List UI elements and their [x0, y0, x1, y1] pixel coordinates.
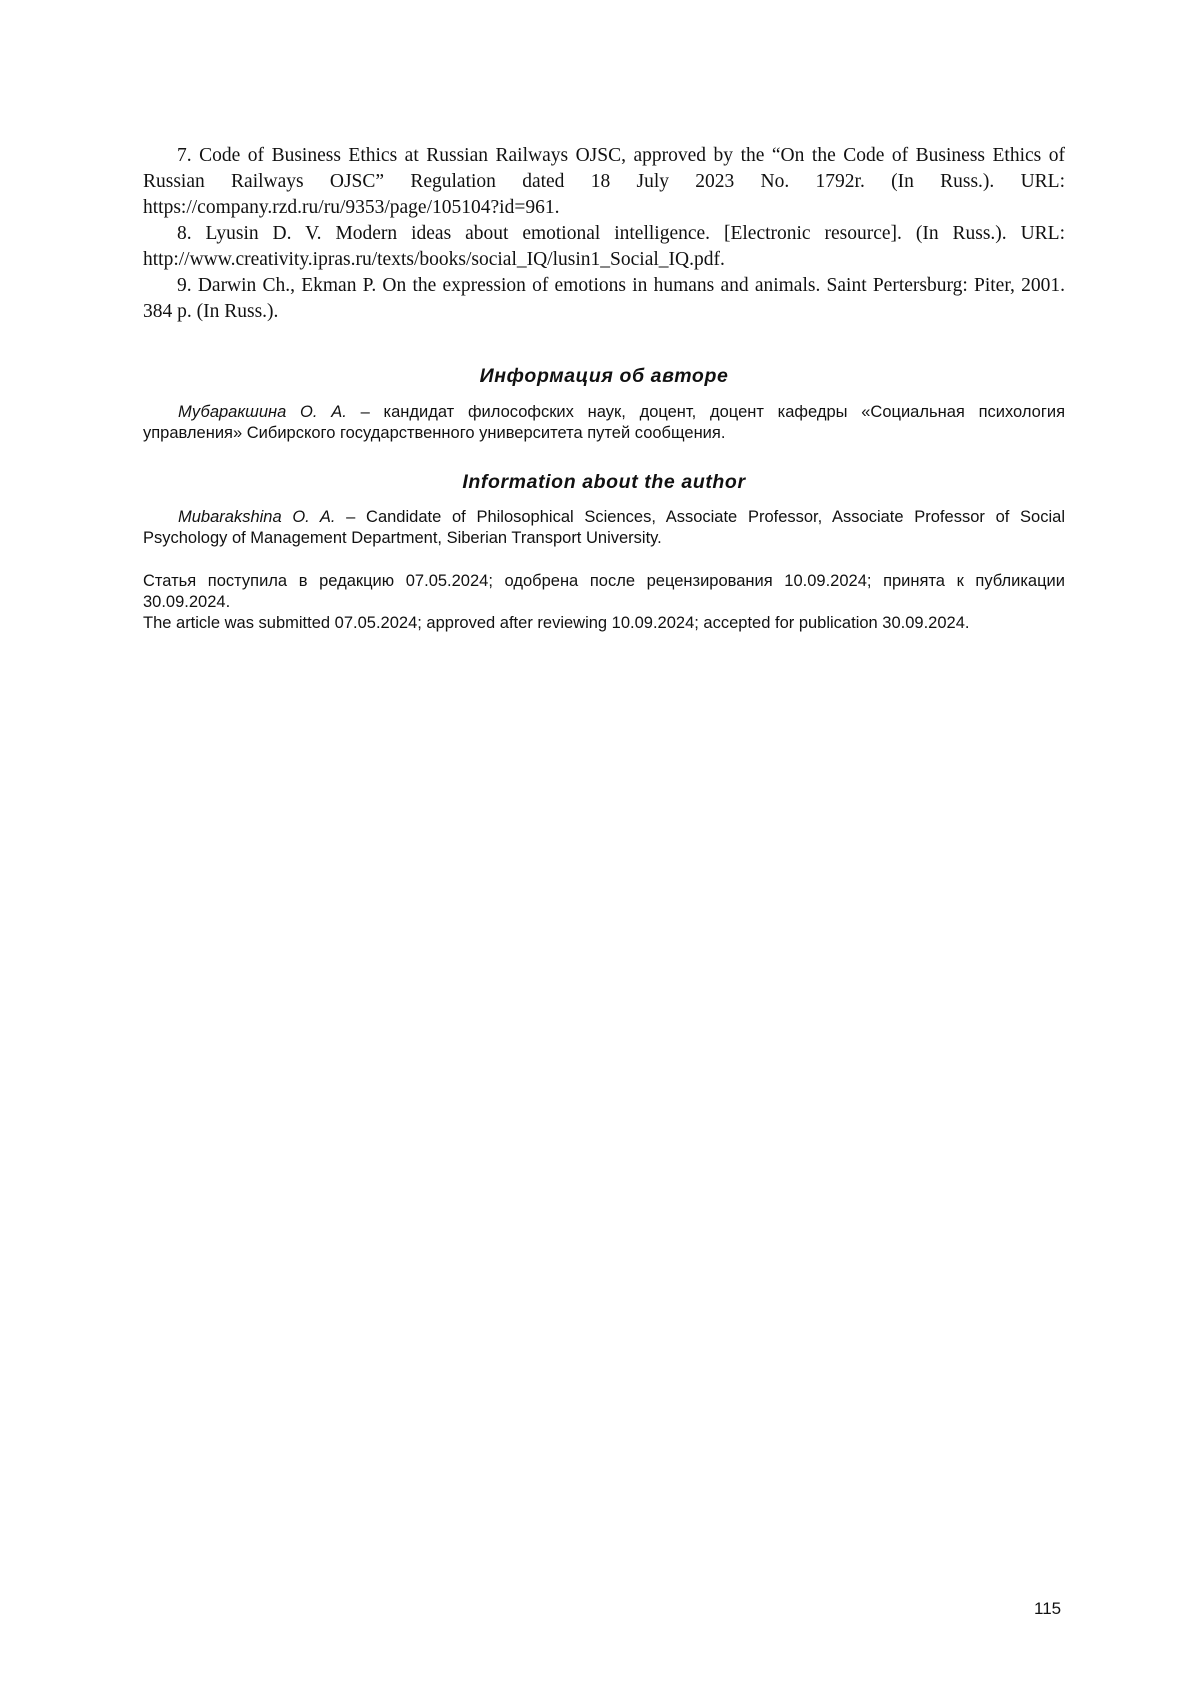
author-info-heading-en: Information about the author — [143, 471, 1065, 494]
reference-number: 7. — [177, 145, 192, 166]
author-name-ru: Мубаракшина О. А. — [178, 403, 347, 421]
reference-item-7: 7. Code of Business Ethics at Russian Ra… — [143, 143, 1065, 221]
reference-list: 7. Code of Business Ethics at Russian Ra… — [143, 143, 1065, 325]
author-name-en: Mubarakshina O. A. — [178, 508, 335, 526]
article-dates-ru: Статья поступила в редакцию 07.05.2024; … — [143, 571, 1065, 613]
author-info-ru: Мубаракшина О. А. – кандидат философских… — [143, 402, 1065, 444]
document-page: 7. Code of Business Ethics at Russian Ra… — [143, 143, 1065, 634]
article-dates-en: The article was submitted 07.05.2024; ap… — [143, 613, 1065, 634]
reference-item-8: 8. Lyusin D. V. Modern ideas about emoti… — [143, 221, 1065, 273]
reference-text: Lyusin D. V. Modern ideas about emotiona… — [143, 223, 1065, 270]
reference-number: 8. — [177, 223, 192, 244]
reference-text: Code of Business Ethics at Russian Railw… — [143, 145, 1065, 218]
reference-number: 9. — [177, 275, 192, 296]
page-number: 115 — [1034, 1599, 1061, 1619]
article-dates: Статья поступила в редакцию 07.05.2024; … — [143, 571, 1065, 634]
reference-text: Darwin Ch., Ekman P. On the expression o… — [143, 275, 1065, 322]
reference-item-9: 9. Darwin Ch., Ekman P. On the expressio… — [143, 273, 1065, 325]
author-info-en: Mubarakshina O. A. – Candidate of Philos… — [143, 507, 1065, 549]
author-info-heading-ru: Информация об авторе — [143, 365, 1065, 388]
